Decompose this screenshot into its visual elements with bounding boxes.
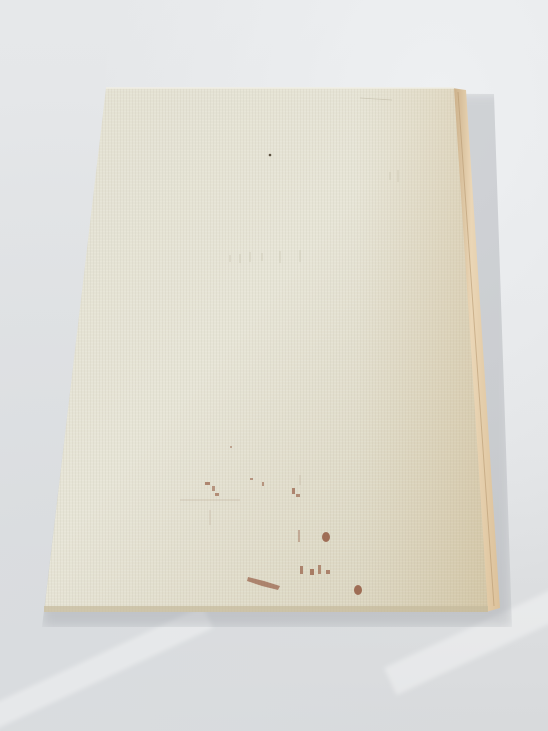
- book: [0, 0, 548, 731]
- photo-scene: [0, 0, 548, 731]
